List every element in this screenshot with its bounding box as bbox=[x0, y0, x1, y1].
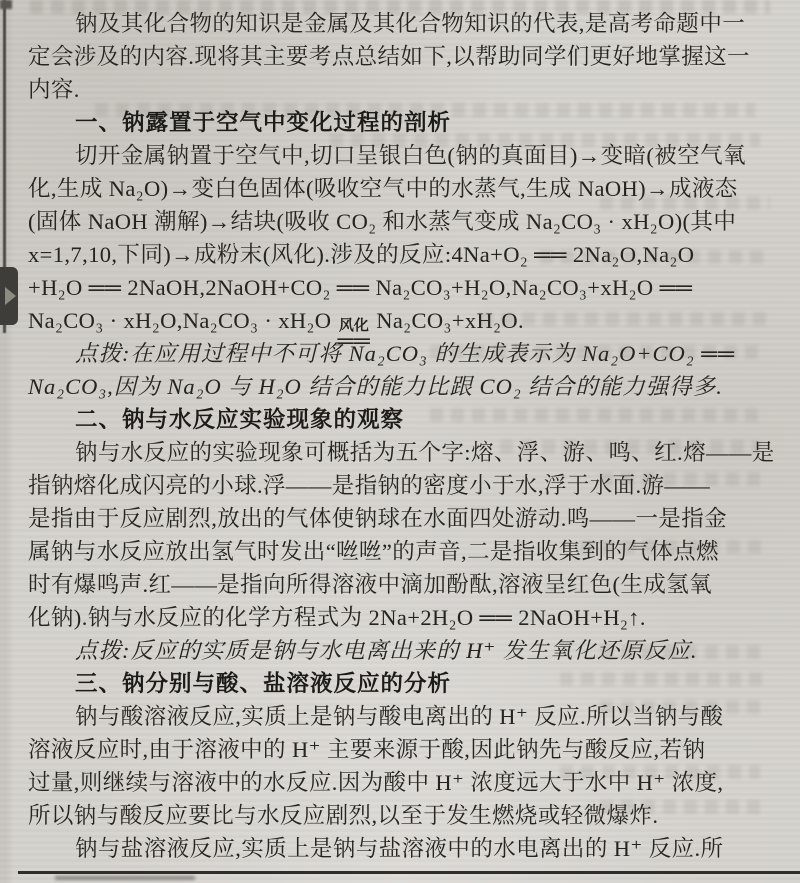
tip-line: Na₂CO₃,因为 Na₂O 与 H₂O 结合的能力比跟 CO₂ 结合的能力强得… bbox=[28, 370, 776, 403]
body-line: 钠与盐溶液反应,实质上是钠与盐溶液中的水电离出的 H⁺ 反应.所 bbox=[28, 832, 776, 865]
section-heading-1: 一、钠露置于空气中变化过程的剖析 bbox=[28, 106, 776, 139]
bottom-smudge bbox=[55, 876, 195, 880]
scan-corner-mark bbox=[0, 0, 12, 9]
body-line: 时有爆鸣声.红——是指向所得溶液中滴加酚酞,溶液呈红色(生成氢氧 bbox=[28, 568, 776, 601]
page-content: 钠及其化合物的知识是金属及其化合物知识的代表,是高考命题中一 定会涉及的内容.现… bbox=[28, 7, 776, 865]
equation-line-weathering: Na₂CO₃ · xH₂O,Na₂CO₃ · xH₂O 风化══ Na₂CO₃+… bbox=[28, 304, 776, 337]
page-edge-marker bbox=[0, 267, 18, 325]
section-heading-2: 二、钠与水反应实验现象的观察 bbox=[28, 403, 776, 436]
body-line: 化,生成 Na₂O)→变白色固体(吸收空气中的水蒸气,生成 NaOH)→成液态 bbox=[28, 172, 776, 205]
equation-line: 化钠).钠与水反应的化学方程式为 2Na+2H₂O ══ 2NaOH+H₂↑. bbox=[28, 601, 776, 634]
section-heading-3: 三、钠分别与酸、盐溶液反应的分析 bbox=[28, 667, 776, 700]
body-line: 切开金属钠置于空气中,切口呈银白色(钠的真面目)→变暗(被空气氧 bbox=[28, 139, 776, 172]
equation-post: Na₂CO₃+xH₂O. bbox=[370, 308, 524, 333]
body-line: (固体 NaOH 潮解)→结块(吸收 CO₂ 和水蒸气变成 Na₂CO₃ · x… bbox=[28, 205, 776, 238]
equation-line: +H₂O ══ 2NaOH,2NaOH+CO₂ ══ Na₂CO₃+H₂O,Na… bbox=[28, 271, 776, 304]
body-line: 指钠熔化成闪亮的小球.浮——是指钠的密度小于水,浮于水面.游—— bbox=[28, 469, 776, 502]
bottom-rule bbox=[18, 871, 800, 874]
equation-sign: ══ bbox=[337, 332, 370, 350]
intro-line: 定会涉及的内容.现将其主要考点总结如下,以帮助同学们更好地掌握这一 bbox=[28, 40, 776, 73]
body-line: 溶液反应时,由于溶液中的 H⁺ 主要来源于酸,因此钠先与酸反应,若钠 bbox=[28, 733, 776, 766]
intro-line: 内容. bbox=[28, 73, 776, 106]
body-line: 钠与酸溶液反应,实质上是钠与酸电离出的 H⁺ 反应.所以当钠与酸 bbox=[28, 700, 776, 733]
body-line: 属钠与水反应放出氢气时发出“咝咝”的声音,二是指收集到的气体点燃 bbox=[28, 535, 776, 568]
equation-pre: Na₂CO₃ · xH₂O,Na₂CO₃ · xH₂O bbox=[28, 308, 337, 333]
tip-line: 点拨:反应的实质是钠与水电离出来的 H⁺ 发生氧化还原反应. bbox=[28, 634, 776, 667]
triangle-icon bbox=[5, 287, 16, 305]
body-line: 过量,则继续与溶液中的水反应.因为酸中 H⁺ 浓度远大于水中 H⁺ 浓度, bbox=[28, 766, 776, 799]
intro-line: 钠及其化合物的知识是金属及其化合物知识的代表,是高考命题中一 bbox=[28, 7, 776, 40]
weathering-annotated-sign: 风化══ bbox=[337, 319, 370, 350]
tip-line: 点拨:在应用过程中不可将 Na₂CO₃ 的生成表示为 Na₂O+CO₂ ══ bbox=[28, 337, 776, 370]
body-line: 所以钠与酸反应要比与水反应剧烈,以至于发生燃烧或轻微爆炸. bbox=[28, 799, 776, 832]
body-line: 钠与水反应的实验现象可概括为五个字:熔、浮、游、鸣、红.熔——是 bbox=[28, 436, 776, 469]
scanned-textbook-page: 钠及其化合物的知识是金属及其化合物知识的代表,是高考命题中一 定会涉及的内容.现… bbox=[0, 0, 800, 883]
body-line: 是指由于反应剧烈,放出的气体使钠球在水面四处游动.鸣——一是指金 bbox=[28, 502, 776, 535]
equation-line: x=1,7,10,下同)→成粉末(风化).涉及的反应:4Na+O₂ ══ 2Na… bbox=[28, 238, 776, 271]
